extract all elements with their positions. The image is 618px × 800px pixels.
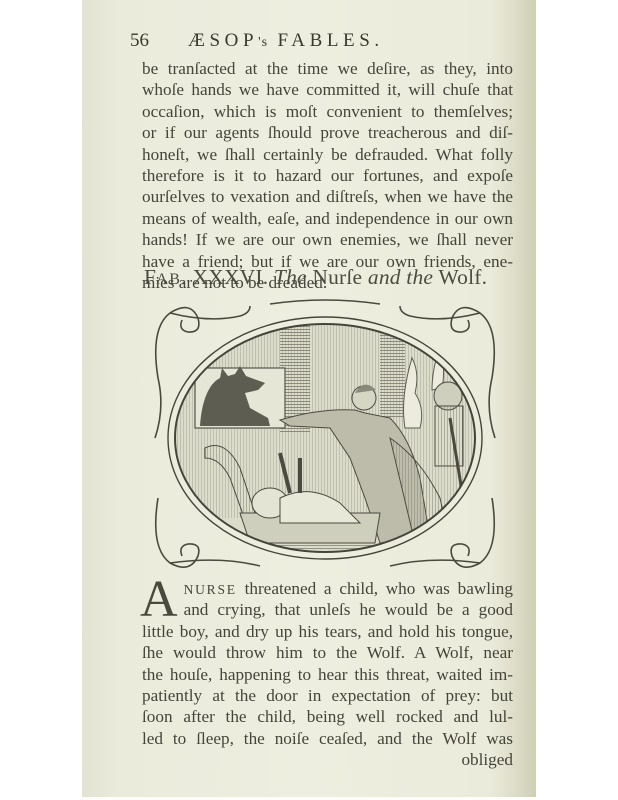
running-title-main: ÆSOP: [188, 30, 258, 51]
drop-cap: A: [140, 580, 178, 620]
text-line: or if our agents ſhould prove treacherou…: [142, 122, 513, 143]
running-title-rest: FABLES.: [278, 30, 384, 51]
text-line: led to ſleep, the noiſe ceaſed, and the …: [142, 728, 513, 749]
page-number: 56: [130, 30, 149, 52]
text-line: ſhe would throw him to the Wolf. A Wolf,…: [142, 642, 513, 663]
text-line: and crying, that unleſs he would be a go…: [142, 599, 513, 620]
running-title: ÆSOP's FABLES.: [188, 30, 384, 52]
text-line-rest: threatened a child, who was bawling: [245, 579, 513, 598]
text-line: means of wealth, eaſe, and independence …: [142, 208, 513, 229]
fable-title-nurse: Nurſe: [312, 265, 362, 289]
text-line: whoſe hands we have committed it, will c…: [142, 79, 513, 100]
fable-label-initial: F: [144, 265, 156, 289]
text-line: little boy, and dry up his tears, and ho…: [142, 621, 513, 642]
bottom-paragraph: A NURSE threatened a child, who was bawl…: [142, 578, 513, 771]
text-line: honeſt, we ſhall certainly be defrauded.…: [142, 144, 513, 165]
first-word-smallcaps: NURSE: [184, 582, 237, 597]
fable-title-the: The: [274, 265, 307, 289]
woodcut-image: [150, 298, 500, 576]
book-page: 56 ÆSOP's FABLES. be tranſacted at the t…: [82, 0, 536, 797]
text-line: therefore is it to hazard our fortunes, …: [142, 165, 513, 186]
text-line: be tranſacted at the time we deſire, as …: [142, 58, 513, 79]
text-line: occaſion, which is moſt convenient to th…: [142, 101, 513, 122]
fable-title-wolf: Wolf.: [438, 265, 487, 289]
text-line: ourſelves to vexation and diſtreſs, when…: [142, 186, 513, 207]
fable-title-and-the: and the: [368, 265, 433, 289]
woodcut-illustration: [150, 298, 500, 576]
fable-title: FAB. XXXVI. The Nurſe and the Wolf.: [144, 265, 514, 290]
text-line: the houſe, happening to hear this threat…: [142, 664, 513, 685]
catchword: obliged: [142, 749, 513, 770]
text-line: ſoon after the child, being well rocked …: [142, 706, 513, 727]
fable-number: XXXVI.: [192, 265, 268, 289]
fable-label-rest: AB.: [156, 271, 187, 288]
page-header: 56 ÆSOP's FABLES.: [130, 30, 490, 54]
text-line: NURSE threatened a child, who was bawlin…: [142, 578, 513, 599]
text-line: patiently at the door in expectation of …: [142, 685, 513, 706]
text-line: hands! If we are our own enemies, we ſha…: [142, 229, 513, 250]
running-title-suffix: 's: [258, 35, 268, 50]
top-paragraph: be tranſacted at the time we deſire, as …: [142, 58, 513, 293]
